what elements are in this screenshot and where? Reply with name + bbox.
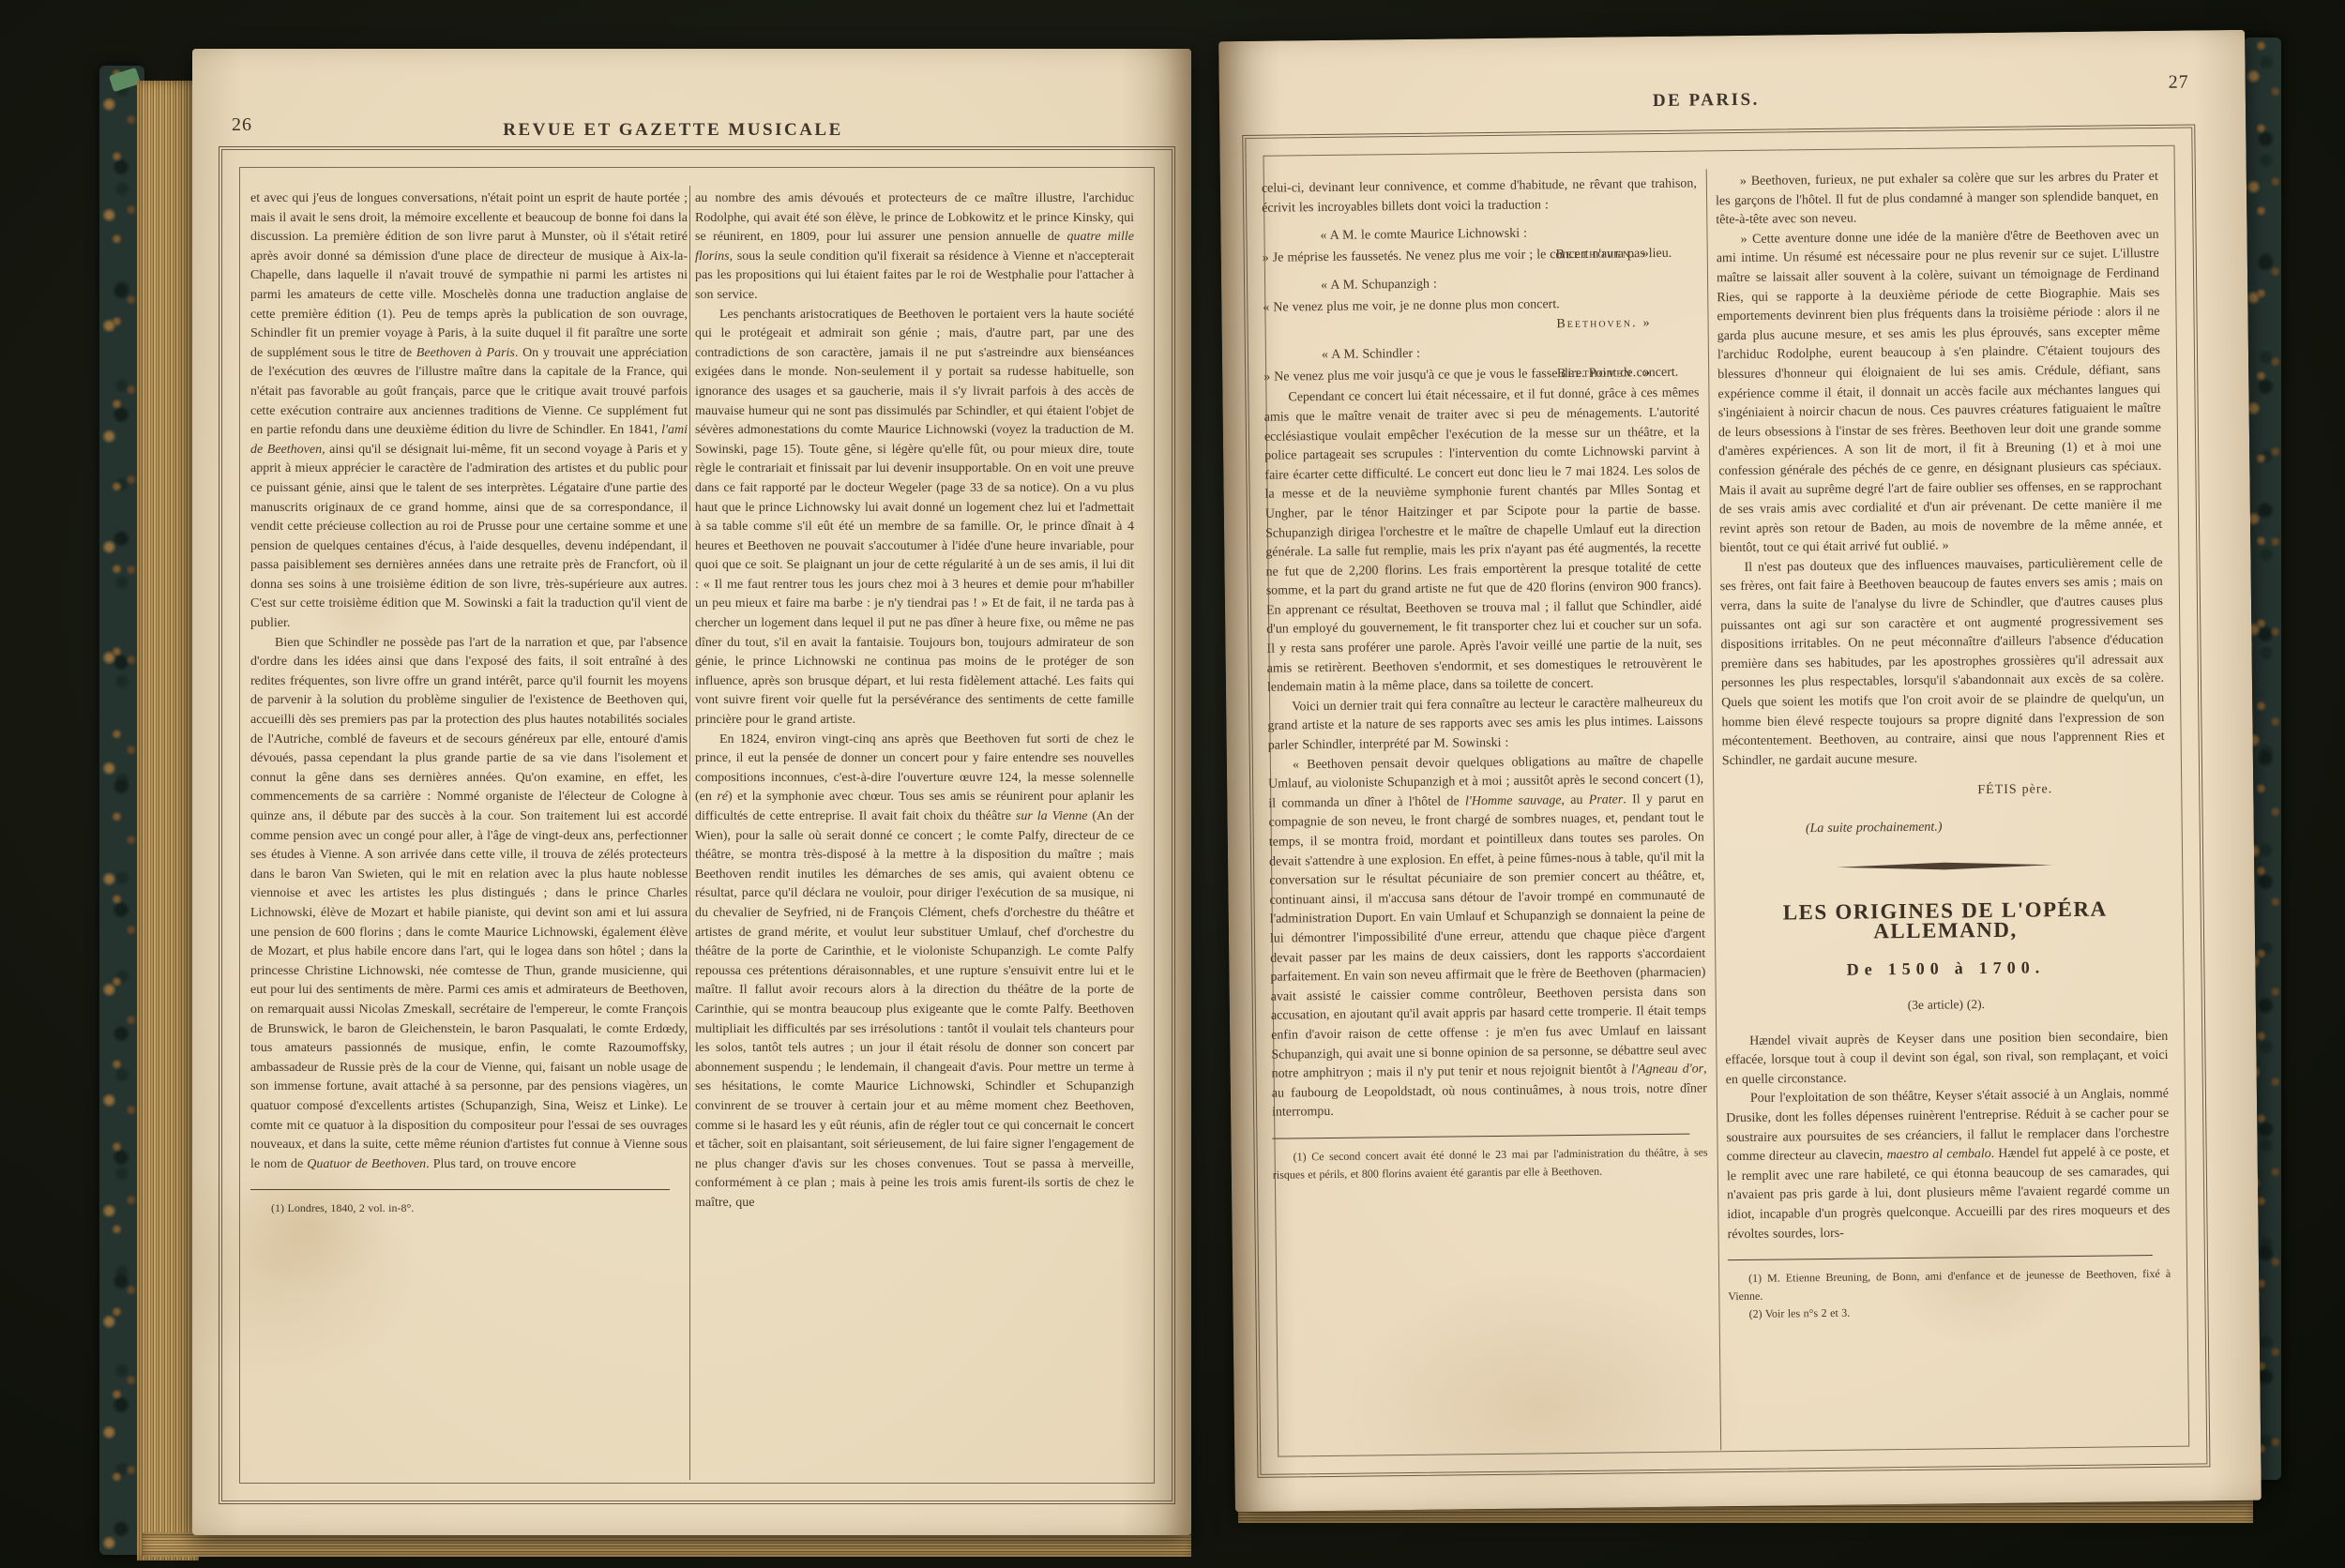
paragraph-indent: » Beethoven, furieux, ne put exhaler sa … [1716,168,2159,231]
column-divider-rule [689,186,690,1480]
footnote: (1) Ce second concert avait été donné le… [1273,1143,1708,1184]
paragraph-indent: Cependant ce concert lui était nécessair… [1263,384,1702,699]
article-number-note: (3e article) (2). [1725,993,2168,1018]
footnote-rule [250,1189,670,1190]
journal-title-header: REVUE ET GAZETTE MUSICALE [174,120,1172,141]
footnotes: (1) M. Etienne Breuning, de Bonn, ami d'… [1728,1265,2171,1323]
left-page-column-2: au nombre des amis dévoués et protecteur… [695,189,1134,1213]
left-page-column-1: et avec qui j'eus de longues conversatio… [250,189,688,1217]
article-title: LES ORIGINES DE L'OPÉRA ALLEMAND, [1724,899,2167,943]
left-page: 26 REVUE ET GAZETTE MUSICALE et avec qui… [192,49,1191,1535]
column-text: » Beethoven, furieux, ne put exhaler sa … [1716,168,2165,772]
right-page-column-1: celui-ci, devinant leur connivence, et c… [1262,174,1708,1184]
paragraph-indent: Bien que Schindler ne possède pas l'art … [250,634,688,1175]
journal-title-header-right: DE PARIS. [1193,84,2219,116]
page-edges-stack-bottom-left [143,1532,1191,1557]
paragraph-indent: Pour l'exploitation de son théâtre, Keys… [1726,1085,2171,1244]
article-text: Hændel vivait auprès de Keyser dans une … [1725,1027,2171,1244]
footnote: (1) Londres, 1840, 2 vol. in-8°. [250,1199,688,1217]
paragraph-indent: » Cette aventure donne une idée de la ma… [1716,226,2162,559]
paragraph-indent: « Beethoven pensait devoir quelques obli… [1268,751,1707,1123]
paragraph-no-indent: au nombre des amis dévoués et protecteur… [695,189,1134,306]
column-text: et avec qui j'eus de longues conversatio… [250,189,688,1174]
paragraph-indent: Il n'est pas douteux que des influences … [1719,554,2165,772]
paragraph-footnote: (1) M. Etienne Breuning, de Bonn, ami d'… [1728,1265,2171,1305]
lens-rule-icon [1837,860,2052,872]
footnote-rule [1728,1255,2153,1260]
paragraph-indent: Hændel vivait auprès de Keyser dans une … [1725,1027,2169,1090]
page-edges-stack-left [137,81,199,1560]
continuation-note: (La suite prochainement.) [1723,816,2166,840]
paragraph-no-indent: celui-ci, devinant leur connivence, et c… [1262,174,1697,218]
column-text: au nombre des amis dévoués et protecteur… [695,189,1134,1213]
paragraph-indent: Voici un dernier trait qui fera connaîtr… [1267,693,1703,756]
author-signature: FÉTIS père. [1722,779,2165,804]
right-page-column-2: » Beethoven, furieux, ne put exhaler sa … [1716,168,2171,1323]
right-page: 27 DE PARIS. celui-ci, devinant leur con… [1218,30,2262,1512]
photo-of-open-book: { "palette":{"paper":"#e8d8ba","ink":"#4… [0,0,2345,1568]
paragraph-letter-head: « A M. Schindler : [1322,342,1699,366]
paragraph-no-indent: et avec qui j'eus de longues conversatio… [250,189,688,634]
section-divider-ornament [1723,855,2166,880]
article-subtitle: De 1500 à 1700. [1724,957,2167,981]
footnote-rule [1272,1134,1689,1139]
paragraph-letter-head: « A M. Schupanzigh : [1321,273,1698,296]
column-text: celui-ci, devinant leur connivence, et c… [1262,174,1707,1123]
paragraph-letter-head: « A M. le comte Maurice Lichnowski : [1320,223,1697,247]
paragraph-indent: En 1824, environ vingt-cinq ans après qu… [695,731,1134,1214]
paragraph-indent: Les penchants aristocratiques de Beethov… [695,306,1134,731]
